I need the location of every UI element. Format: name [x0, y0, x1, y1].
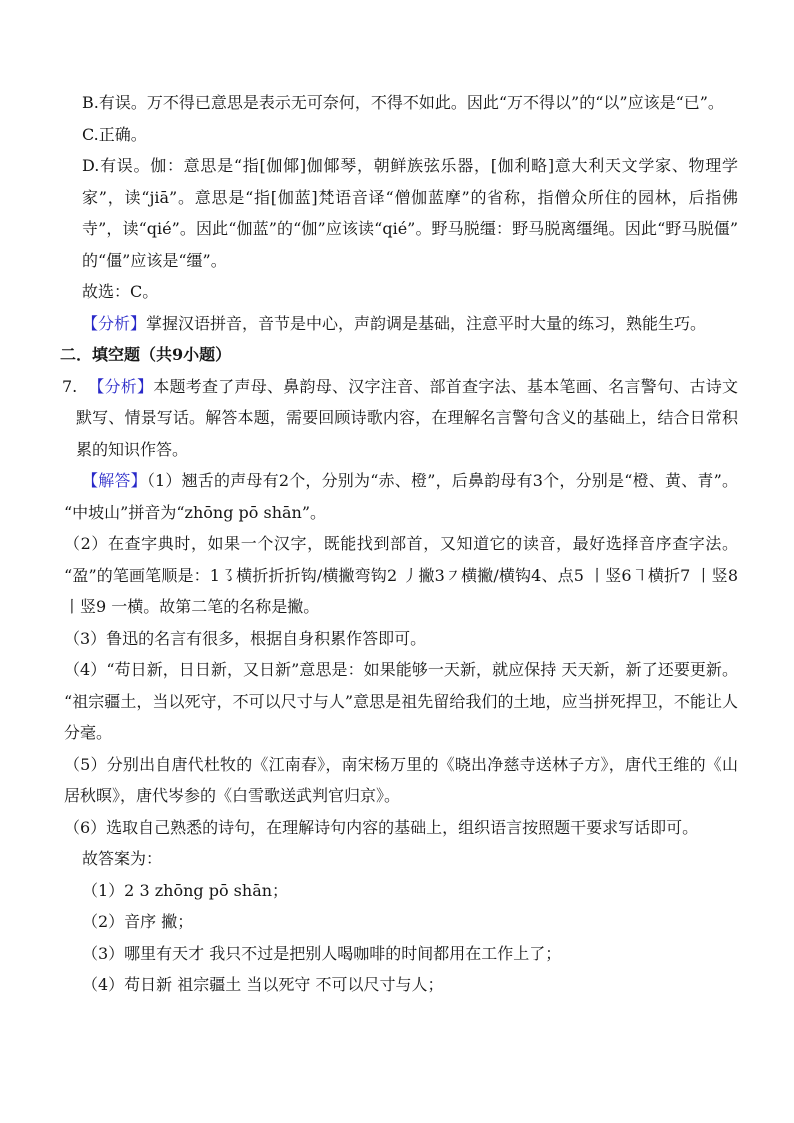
question7-analysis-paragraph: 7.【分析】本题考查了声母、鼻韵母、汉字注音、部首查字法、基本笔画、名言警句、古… [76, 371, 738, 466]
q7-step-paragraph: （4）“苟日新，日日新，又日新”意思是：如果能够一天新，就应保持 天天新，新了还… [64, 654, 738, 749]
q7-answer-intro-text: （1）翘舌的声母有2个，分别为“赤、橙”，后鼻韵母有3个，分别是“橙、黄、青”。… [64, 471, 738, 522]
q7-analysis-label: 【分析】 [88, 377, 153, 396]
q7-step-paragraph: （2）在查字典时，如果一个汉字，既能找到部首，又知道它的读音，最好选择音序查字法… [64, 528, 738, 623]
option-c-paragraph: C.正确。 [82, 119, 738, 151]
document-page: B.有误。万不得已意思是表示无可奈何，不得不如此。因此“万不得以”的“以”应该是… [0, 0, 794, 1123]
final-answer-line: （2）音序 撇； [82, 906, 738, 938]
final-answers-intro: 故答案为： [82, 843, 738, 875]
final-answer-line: （4）苟日新 祖宗疆土 当以死守 不可以尺寸与人； [82, 969, 738, 1001]
q7-analysis-text: 本题考查了声母、鼻韵母、汉字注音、部首查字法、基本笔画、名言警句、古诗文默写、情… [76, 377, 738, 459]
option-d-paragraph: D.有误。伽：意思是“指[伽倻]伽倻琴，朝鲜族弦乐器，[伽利略]意大利天文学家、… [82, 150, 738, 276]
q6-analysis-paragraph: 【分析】掌握汉语拼音，音节是中心，声韵调是基础，注意平时大量的练习，熟能生巧。 [82, 308, 738, 340]
q7-step-paragraph: （3）鲁迅的名言有很多，根据自身积累作答即可。 [64, 623, 738, 655]
q7-answer-label: 【解答】 [82, 471, 147, 490]
question7-number: 7. [62, 371, 88, 403]
q7-step-paragraph: （5）分别出自唐代杜牧的《江南春》，南宋杨万里的《晓出净慈寺送林子方》，唐代王维… [64, 749, 738, 812]
final-answer-line: （3）哪里有天才 我只不过是把别人喝咖啡的时间都用在工作上了； [82, 938, 738, 970]
final-answer-line: （1）2 3 zhōng pō shān； [82, 875, 738, 907]
option-b-paragraph: B.有误。万不得已意思是表示无可奈何，不得不如此。因此“万不得以”的“以”应该是… [82, 87, 738, 119]
q7-answer-paragraph: 【解答】（1）翘舌的声母有2个，分别为“赤、橙”，后鼻韵母有3个，分别是“橙、黄… [64, 465, 738, 528]
conclusion-paragraph: 故选：C。 [82, 276, 738, 308]
section-heading: 二．填空题（共9小题） [60, 339, 738, 371]
q6-analysis-text: 掌握汉语拼音，音节是中心，声韵调是基础，注意平时大量的练习，熟能生巧。 [146, 314, 706, 333]
q7-step-paragraph: （6）选取自己熟悉的诗句，在理解诗句内容的基础上，组织语言按照题干要求写话即可。 [64, 812, 738, 844]
q6-analysis-label: 【分析】 [82, 314, 146, 333]
